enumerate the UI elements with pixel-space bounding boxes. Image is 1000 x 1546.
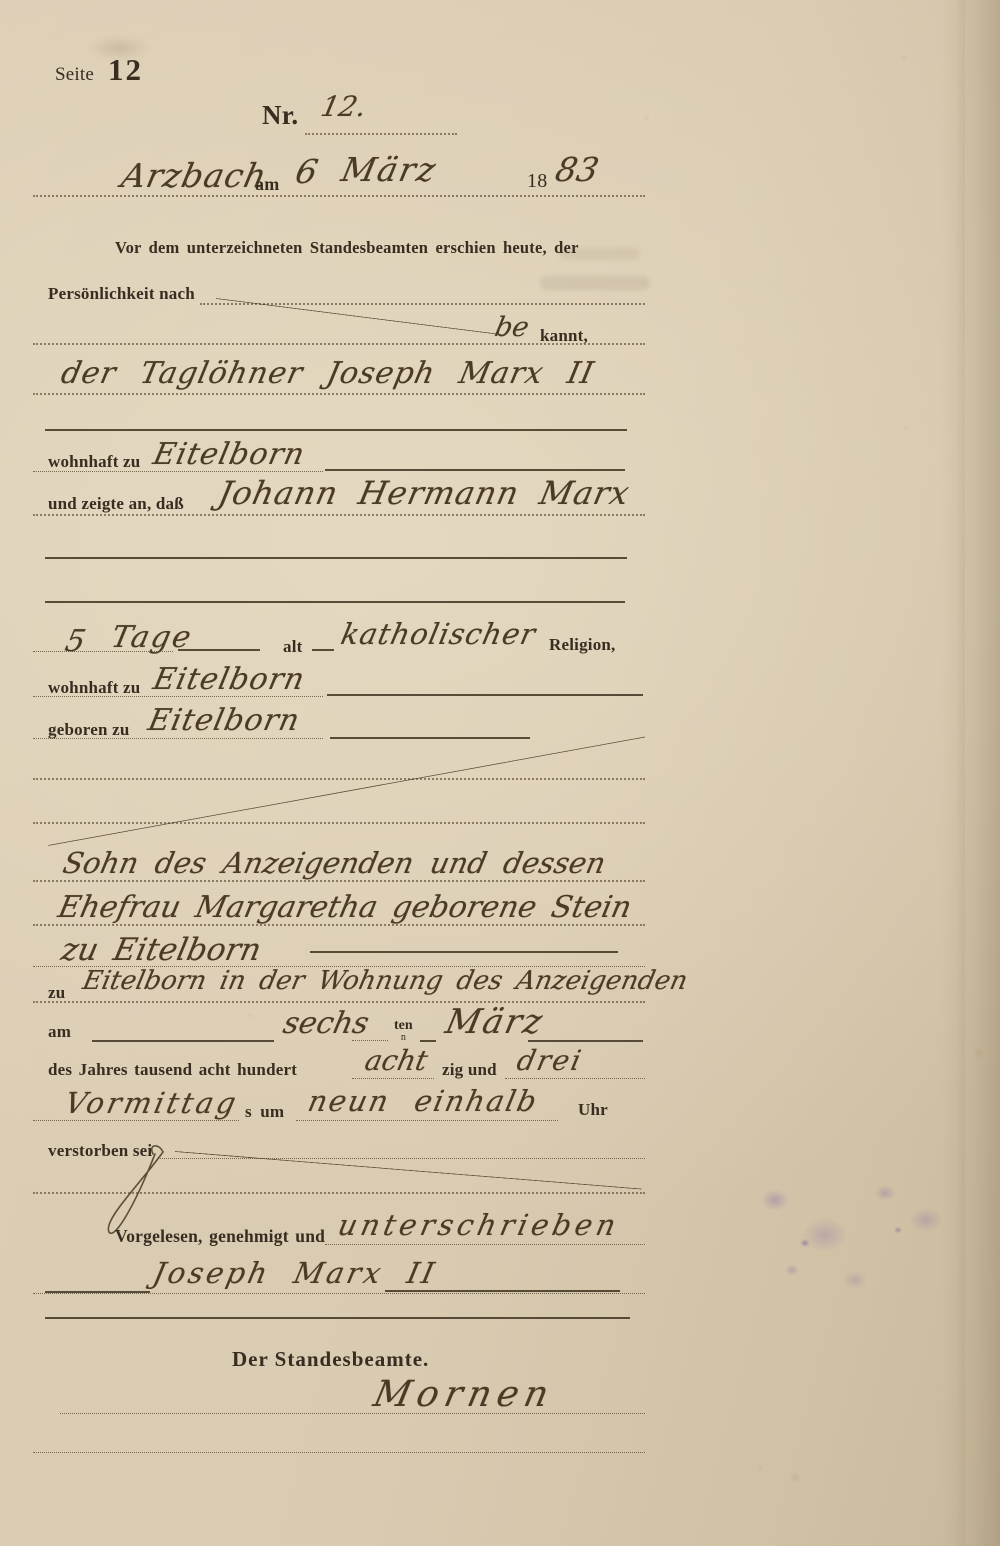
age-number-handwriting: 5: [62, 624, 89, 659]
ruled-line: [325, 1244, 645, 1245]
ruled-line: [33, 651, 173, 652]
ruled-line: [312, 649, 334, 651]
ruled-line: [33, 471, 323, 472]
birthplace-handwriting: Eitelborn: [145, 703, 303, 738]
ruled-line: [352, 1078, 434, 1079]
registrar-title: Der Standesbeamte.: [232, 1347, 429, 1372]
date-month-handwriting: März: [338, 150, 441, 189]
ruled-line: [327, 694, 643, 696]
section-separator: [45, 1317, 630, 1319]
page-crease-shadow: [940, 0, 1000, 1546]
ten-suffix-alt: n: [394, 1033, 413, 1042]
ruled-line: [325, 469, 625, 471]
death-month-handwriting: März: [442, 1002, 548, 1042]
ruled-line: [158, 1158, 645, 1159]
ruled-line: [33, 738, 323, 739]
ruled-line: [45, 557, 627, 559]
ruled-line: [352, 1040, 388, 1041]
ten-suffix-label: ten n: [394, 1020, 413, 1042]
ruled-line: [33, 1293, 645, 1294]
ruled-line: [45, 429, 627, 431]
death-day-handwriting: sechs: [280, 1006, 372, 1041]
zig-und-label: zig und: [442, 1060, 497, 1080]
deceased-name-handwriting: Johann Hermann Marx: [215, 474, 633, 512]
ruled-line: [33, 696, 323, 697]
year-tens-handwriting: acht: [362, 1044, 431, 1077]
ruled-line: [420, 1040, 436, 1042]
ruled-line: [33, 778, 645, 780]
bleedthrough-ghost: [540, 276, 650, 290]
ruled-line: [310, 951, 618, 953]
death-place-handwriting: Eitelborn in der Wohnung des Anzeigenden: [80, 966, 690, 996]
intro-text: Vor dem unterzeichneten Standesbeamten e…: [115, 238, 579, 258]
parents-handwriting-line1: Sohn des Anzeigenden und dessen: [60, 846, 609, 880]
s-um-label: s um: [245, 1102, 284, 1122]
cancellation-stroke: [48, 736, 645, 846]
uhr-label: Uhr: [578, 1100, 608, 1120]
ruled-line: [33, 1120, 239, 1121]
ruled-line: [178, 649, 260, 651]
ruled-line: [33, 195, 645, 197]
religion-label: Religion,: [549, 635, 616, 655]
be-handwriting: be: [492, 312, 532, 343]
ruled-line: [385, 1290, 620, 1292]
record-number-label: Nr.: [262, 100, 298, 131]
declarant-signature: Joseph Marx II: [150, 1256, 440, 1290]
ruled-line: [505, 1078, 645, 1079]
time-handwriting: neun einhalb: [305, 1084, 542, 1118]
ruled-line: [60, 1413, 645, 1414]
year-units-handwriting: drei: [514, 1044, 586, 1077]
ruled-line: [296, 1120, 558, 1121]
ruled-line: [33, 924, 645, 926]
ruled-line: [528, 1040, 643, 1042]
ruled-line: [33, 1452, 645, 1453]
ruled-line: [33, 393, 645, 395]
wohnhaft-label-2: wohnhaft zu: [48, 678, 140, 698]
alt-label: alt: [283, 637, 302, 657]
ruled-line: [45, 1291, 150, 1293]
binding-edge-shadow: [955, 0, 965, 1546]
registrar-signature: Mornen: [370, 1374, 558, 1415]
year-printed-prefix: 18: [527, 170, 547, 193]
declarant-handwriting: der Taglöhner Joseph Marx II: [58, 356, 597, 391]
unterschrieben-handwriting: unterschrieben: [335, 1208, 623, 1242]
ruled-line: [92, 1040, 274, 1042]
zu-label: zu: [48, 983, 65, 1003]
residence-handwriting-1: Eitelborn: [150, 437, 308, 472]
record-number-value: 12.: [318, 90, 370, 123]
page-number: 12: [108, 52, 143, 88]
geboren-label: geboren zu: [48, 720, 130, 740]
registry-place-handwriting: Arzbach: [118, 156, 271, 195]
purple-stamp-residue: [730, 1135, 975, 1310]
daytime-handwriting: Vormittag: [62, 1086, 242, 1120]
am-label-2: am: [48, 1022, 71, 1042]
ruled-line: [33, 1192, 645, 1194]
year-words-label: des Jahres tausend acht hundert: [48, 1060, 297, 1080]
persoenlichkeit-label: Persönlichkeit nach: [48, 284, 195, 304]
zeigte-an-label: und zeigte an, daß: [48, 494, 184, 514]
register-page: Seite 12 Nr. 12. Arzbach am 6 März 18 83…: [0, 0, 1000, 1546]
parents-handwriting-line3: zu Eitelborn: [58, 932, 264, 968]
ruled-line: [330, 737, 530, 739]
ruled-line: [33, 822, 645, 824]
religion-handwriting: katholischer: [338, 617, 539, 651]
am-label: am: [255, 174, 279, 195]
ruled-line: [33, 1001, 645, 1003]
vorgelesen-label: Vorgelesen, genehmigt und: [115, 1226, 325, 1247]
page-label: Seite: [55, 64, 94, 86]
kannt-label: kannt,: [540, 326, 588, 346]
foxing-spots: [0, 0, 1, 1]
date-day-handwriting: 6: [292, 152, 321, 191]
year-handwriting: 83: [552, 150, 602, 189]
residence-handwriting-2: Eitelborn: [150, 662, 308, 697]
ruled-line: [33, 514, 645, 516]
parents-handwriting-line2: Ehefrau Margaretha geborene Stein: [55, 890, 635, 925]
ruled-line: [33, 880, 645, 882]
cancellation-stroke: [175, 1151, 642, 1190]
ruled-line: [305, 133, 457, 135]
ruled-line: [45, 601, 625, 603]
wohnhaft-label-1: wohnhaft zu: [48, 452, 140, 472]
ten-suffix-text: ten: [394, 1018, 413, 1033]
